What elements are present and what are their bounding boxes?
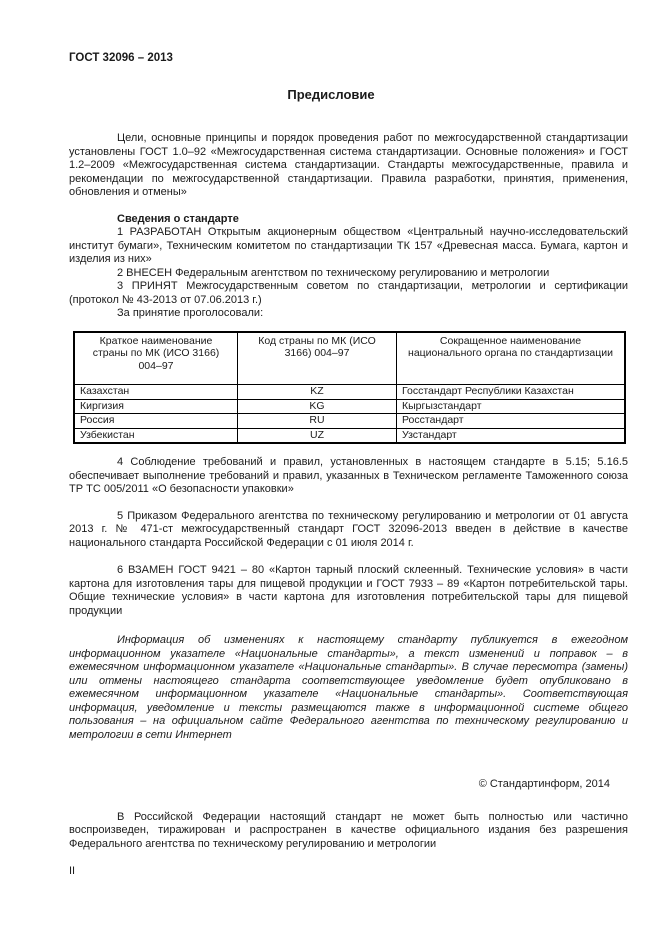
standard-info-item-2: 2 ВНЕСЕН Федеральным агентством по техни… (69, 267, 628, 281)
code-cell: UZ (238, 428, 397, 443)
vote-table-header-code: Код страны по МК (ИСО 3166) 004–97 (238, 332, 397, 385)
standard-info-item-3: 3 ПРИНЯТ Межгосударственным советом по с… (69, 280, 628, 307)
copyright-line: © Стандартинформ, 2014 (69, 778, 628, 792)
org-cell: Госстандарт Республики Казахстан (397, 385, 626, 400)
document-page: ГОСТ 32096 – 2013 Предисловие Цели, осно… (0, 0, 661, 936)
table-row: Киргизия KG Кыргызстандарт (74, 399, 625, 414)
code-cell: KG (238, 399, 397, 414)
vote-line: За принятие проголосовали: (69, 307, 628, 321)
country-cell: Казахстан (74, 385, 238, 400)
code-cell: KZ (238, 385, 397, 400)
vote-table-header-country: Краткое наименование страны по МК (ИСО 3… (74, 332, 238, 385)
table-row: Казахстан KZ Госстандарт Республики Каза… (74, 385, 625, 400)
vote-table: Краткое наименование страны по МК (ИСО 3… (73, 331, 626, 445)
org-cell: Кыргызстандарт (397, 399, 626, 414)
clause-5: 5 Приказом Федерального агентства по тех… (69, 510, 628, 551)
page-number: II (69, 865, 628, 879)
doc-number: ГОСТ 32096 – 2013 (69, 52, 628, 66)
clause-6: 6 ВЗАМЕН ГОСТ 9421 – 80 «Картон тарный п… (69, 564, 628, 618)
clause-4: 4 Соблюдение требований и правил, устано… (69, 456, 628, 497)
table-row: Узбекистан UZ Узстандарт (74, 428, 625, 443)
standard-info-item-1: 1 РАЗРАБОТАН Открытым акционерным общест… (69, 226, 628, 267)
org-cell: Росстандарт (397, 414, 626, 429)
table-row: Россия RU Росстандарт (74, 414, 625, 429)
vote-table-header-row: Краткое наименование страны по МК (ИСО 3… (74, 332, 625, 385)
vote-table-header-org: Сокращенное наименование национального о… (397, 332, 626, 385)
country-cell: Узбекистан (74, 428, 238, 443)
reproduction-notice: В Российской Федерации настоящий стандар… (69, 811, 628, 852)
country-cell: Киргизия (74, 399, 238, 414)
org-cell: Узстандарт (397, 428, 626, 443)
page-title: Предисловие (69, 88, 593, 102)
intro-paragraph: Цели, основные принципы и порядок провед… (69, 132, 628, 200)
country-cell: Россия (74, 414, 238, 429)
code-cell: RU (238, 414, 397, 429)
standard-info-heading: Сведения о стандарте (69, 213, 628, 227)
info-notice: Информация об изменениях к настоящему ст… (69, 634, 628, 742)
